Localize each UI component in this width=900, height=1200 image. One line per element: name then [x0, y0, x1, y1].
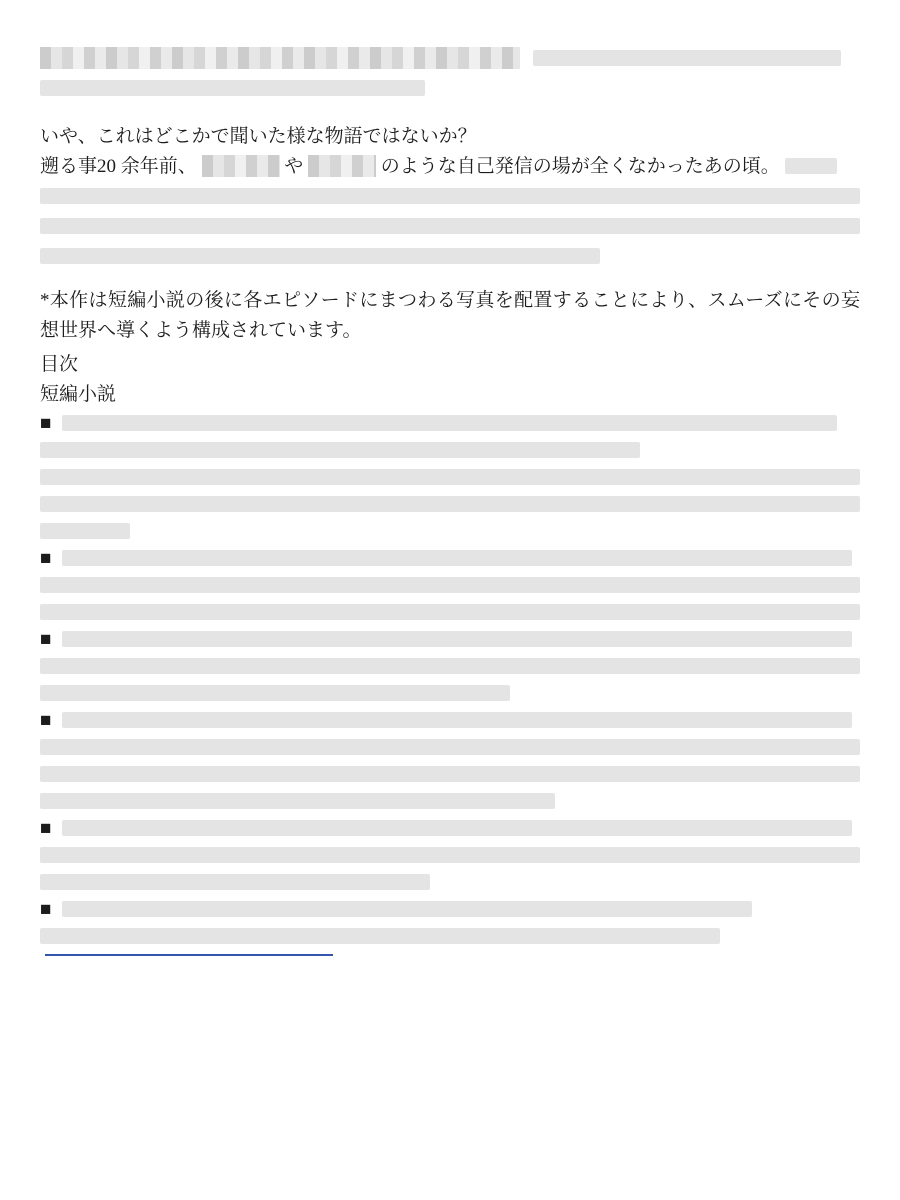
- redacted-line: [40, 212, 860, 242]
- toc-item-short-stories: 短編小説: [40, 380, 860, 410]
- redacted-line: [40, 464, 860, 491]
- redacted-line: [40, 491, 860, 518]
- section-bullet-icon: ■: [40, 410, 51, 437]
- redacted-line: [40, 572, 860, 599]
- redacted-text-bar: [40, 442, 640, 458]
- redacted-text-bar: [40, 685, 510, 701]
- section-bullet-icon: ■: [40, 815, 51, 842]
- redacted-line: [40, 761, 860, 788]
- opening-line-1: [40, 44, 860, 74]
- structure-note-text: *本作は短編小説の後に各エピソードにまつわる写真を配置することにより、スムーズに…: [40, 290, 860, 341]
- section-bullet-icon: ■: [40, 545, 51, 572]
- redacted-line: [40, 437, 860, 464]
- redacted-text-bar: [40, 523, 130, 539]
- mosaic-redaction: [308, 155, 376, 177]
- redacted-text-bar: [40, 658, 860, 674]
- redacted-text-bar: [40, 577, 860, 593]
- redacted-text-bar: [62, 631, 852, 647]
- redacted-line: [40, 842, 860, 869]
- history-line: 遡る事20 余年前、 や のような自己発信の場が全くなかったあの頃。: [40, 152, 860, 182]
- redacted-line: [40, 734, 860, 761]
- redacted-text-bar: [40, 739, 860, 755]
- redacted-line: [40, 788, 860, 815]
- rhetorical-question-text: いや、これはどこかで聞いた様な物語ではないか？: [40, 126, 477, 147]
- redacted-text-bar: [40, 604, 860, 620]
- redacted-text-bar: [40, 928, 720, 944]
- redacted-text-bar: [40, 218, 860, 234]
- rhetorical-question-line: いや、これはどこかで聞いた様な物語ではないか？: [40, 122, 860, 152]
- redacted-text-bar: [40, 793, 555, 809]
- link-underline[interactable]: [45, 954, 333, 956]
- redacted-text-bar: [62, 550, 852, 566]
- redacted-line: [40, 923, 860, 950]
- section-bullet-icon: ■: [40, 896, 51, 923]
- document-page: いや、これはどこかで聞いた様な物語ではないか？ 遡る事20 余年前、 や のよう…: [40, 44, 860, 950]
- section-bullet-icon: ■: [40, 626, 51, 653]
- redacted-text-bar: [533, 50, 841, 66]
- section-line: ■: [40, 896, 860, 923]
- redacted-text-bar: [40, 766, 860, 782]
- section-line: ■: [40, 707, 860, 734]
- redacted-text-bar: [785, 158, 837, 174]
- section-bullet-icon: ■: [40, 707, 51, 734]
- redacted-text-bar: [40, 188, 860, 204]
- history-suffix-text: のような自己発信の場が全くなかったあの頃。: [381, 156, 780, 177]
- redacted-text-bar: [62, 901, 752, 917]
- redacted-text-bar: [62, 415, 837, 431]
- redacted-text-bar: [40, 847, 860, 863]
- history-connector-text: や: [284, 156, 303, 177]
- toc-heading: 目次: [40, 350, 860, 380]
- section-line: ■: [40, 410, 860, 437]
- section-line: ■: [40, 815, 860, 842]
- structure-note-paragraph: *本作は短編小説の後に各エピソードにまつわる写真を配置することにより、スムーズに…: [40, 286, 860, 346]
- redacted-text-bar: [40, 874, 430, 890]
- redacted-text-bar: [40, 248, 600, 264]
- redacted-line: [40, 182, 860, 212]
- redacted-line: [40, 869, 860, 896]
- redacted-text-bar: [40, 469, 860, 485]
- redacted-line: [40, 242, 860, 272]
- toc-item-text: 短編小説: [40, 384, 116, 405]
- mosaic-redaction: [202, 155, 280, 177]
- redacted-line: [40, 518, 860, 545]
- redacted-line: [40, 653, 860, 680]
- redacted-text-bar: [62, 712, 852, 728]
- redacted-line: [40, 599, 860, 626]
- redacted-text-bar: [62, 820, 852, 836]
- section-line: ■: [40, 545, 860, 572]
- redacted-text-bar: [40, 80, 425, 96]
- toc-heading-text: 目次: [40, 354, 78, 375]
- mosaic-redaction: [40, 47, 520, 69]
- section-line: ■: [40, 626, 860, 653]
- redacted-text-bar: [40, 496, 860, 512]
- opening-line-2: [40, 74, 860, 104]
- redacted-line: [40, 680, 860, 707]
- history-prefix-text: 遡る事20 余年前、: [40, 156, 197, 177]
